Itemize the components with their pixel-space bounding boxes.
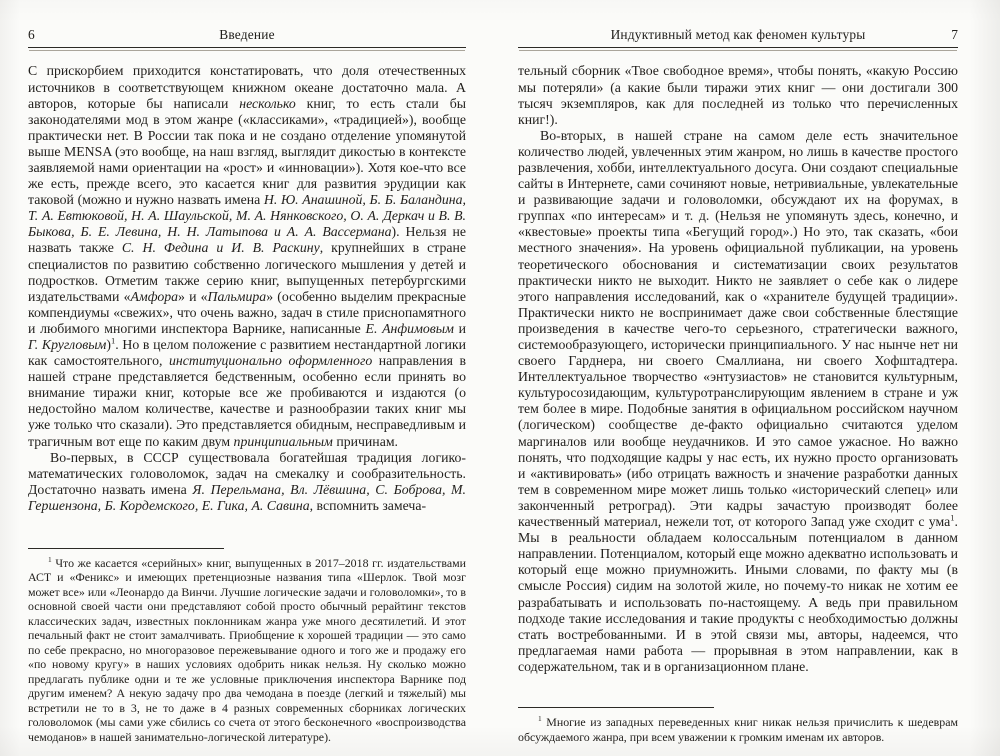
- footnote-block: 1 Что же касается «серийных» книг, выпущ…: [28, 548, 466, 756]
- footnote-text: 1 Многие из западных переведенных книг н…: [518, 715, 958, 744]
- page-header: Индуктивный метод как феномен культуры 7: [518, 28, 958, 47]
- page-left: 6 Введение С прискорбием приходится конс…: [28, 0, 466, 756]
- page-number: 6: [28, 28, 62, 41]
- page-header: 6 Введение: [28, 28, 466, 47]
- page-number: 7: [924, 28, 958, 41]
- paragraph: 1 Многие из западных переведенных книг н…: [518, 715, 958, 744]
- paragraph: С прискорбием приходится констатировать,…: [28, 63, 466, 449]
- footnote-block: 1 Многие из западных переведенных книг н…: [518, 707, 958, 756]
- running-title: Индуктивный метод как феномен культуры: [552, 28, 924, 41]
- paragraph: Во-первых, в СССР существовала богатейша…: [28, 450, 466, 514]
- footnote-separator: [518, 707, 714, 708]
- body-text: тельный сборник «Твое свободное время», …: [518, 63, 958, 675]
- running-title: Введение: [62, 28, 432, 41]
- body-text: С прискорбием приходится констатировать,…: [28, 63, 466, 514]
- header-rule: [28, 47, 466, 52]
- paragraph: 1 Что же касается «серийных» книг, выпущ…: [28, 556, 466, 745]
- book-spread: { "left_page": { "page_number": "6", "ru…: [0, 0, 1000, 756]
- paragraph: тельный сборник «Твое свободное время», …: [518, 63, 958, 127]
- footnote-separator: [28, 548, 224, 549]
- page-right: Индуктивный метод как феномен культуры 7…: [518, 0, 958, 756]
- footnote-text: 1 Что же касается «серийных» книг, выпущ…: [28, 556, 466, 745]
- header-rule: [518, 47, 958, 52]
- paragraph: Во-вторых, в нашей стране на самом деле …: [518, 128, 958, 675]
